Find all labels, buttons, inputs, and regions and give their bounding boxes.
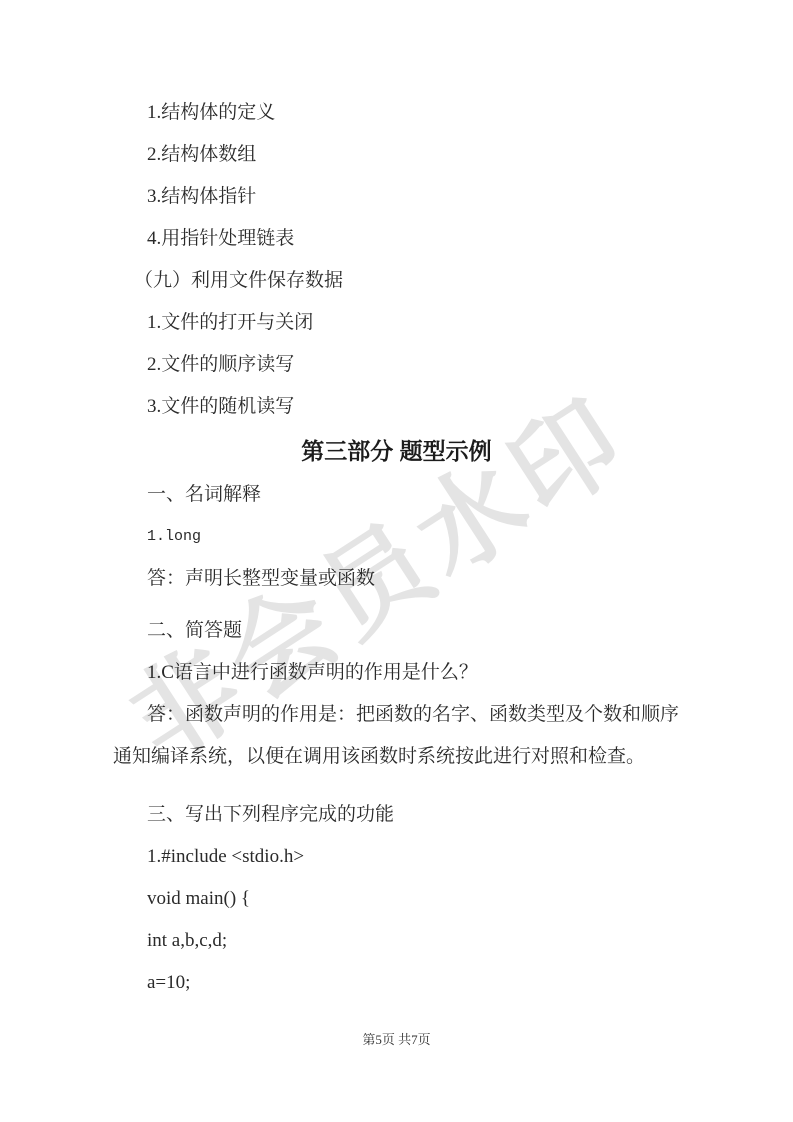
section2-answer-line: 通知编译系统，以便在调用该函数时系统按此进行对照和检查。: [113, 736, 680, 778]
outline-item: 3.结构体指针: [113, 176, 680, 218]
document-page: 非会员水印 1.结构体的定义 2.结构体数组 3.结构体指针 4.用指针处理链表…: [0, 0, 793, 1122]
outline-item: （九）利用文件保存数据: [113, 260, 680, 302]
page-content: 1.结构体的定义 2.结构体数组 3.结构体指针 4.用指针处理链表 （九）利用…: [113, 0, 680, 1004]
outline-item: 2.文件的顺序读写: [113, 344, 680, 386]
section2-title: 二、简答题: [113, 610, 680, 652]
outline-item: 3.文件的随机读写: [113, 386, 680, 428]
section1-answer: 答：声明长整型变量或函数: [113, 558, 680, 600]
page-number-indicator: 第5页 共7页: [362, 1032, 430, 1047]
code-line: 1.#include <stdio.h>: [113, 836, 680, 878]
code-line: int a,b,c,d;: [113, 920, 680, 962]
section-heading: 第三部分 题型示例: [113, 428, 680, 474]
code-line: a=10;: [113, 962, 680, 1004]
outline-item: 1.文件的打开与关闭: [113, 302, 680, 344]
outline-item: 1.结构体的定义: [113, 92, 680, 134]
outline-item: 2.结构体数组: [113, 134, 680, 176]
section3-title: 三、写出下列程序完成的功能: [113, 794, 680, 836]
page-footer: 第5页 共7页: [0, 1030, 793, 1050]
section1-title: 一、名词解释: [113, 474, 680, 516]
section1-question: 1.long: [113, 516, 680, 558]
section2-question: 1.C语言中进行函数声明的作用是什么？: [113, 652, 680, 694]
outline-item: 4.用指针处理链表: [113, 218, 680, 260]
code-line: void main() {: [113, 878, 680, 920]
section2-answer-line: 答：函数声明的作用是：把函数的名字、函数类型及个数和顺序: [113, 694, 680, 736]
